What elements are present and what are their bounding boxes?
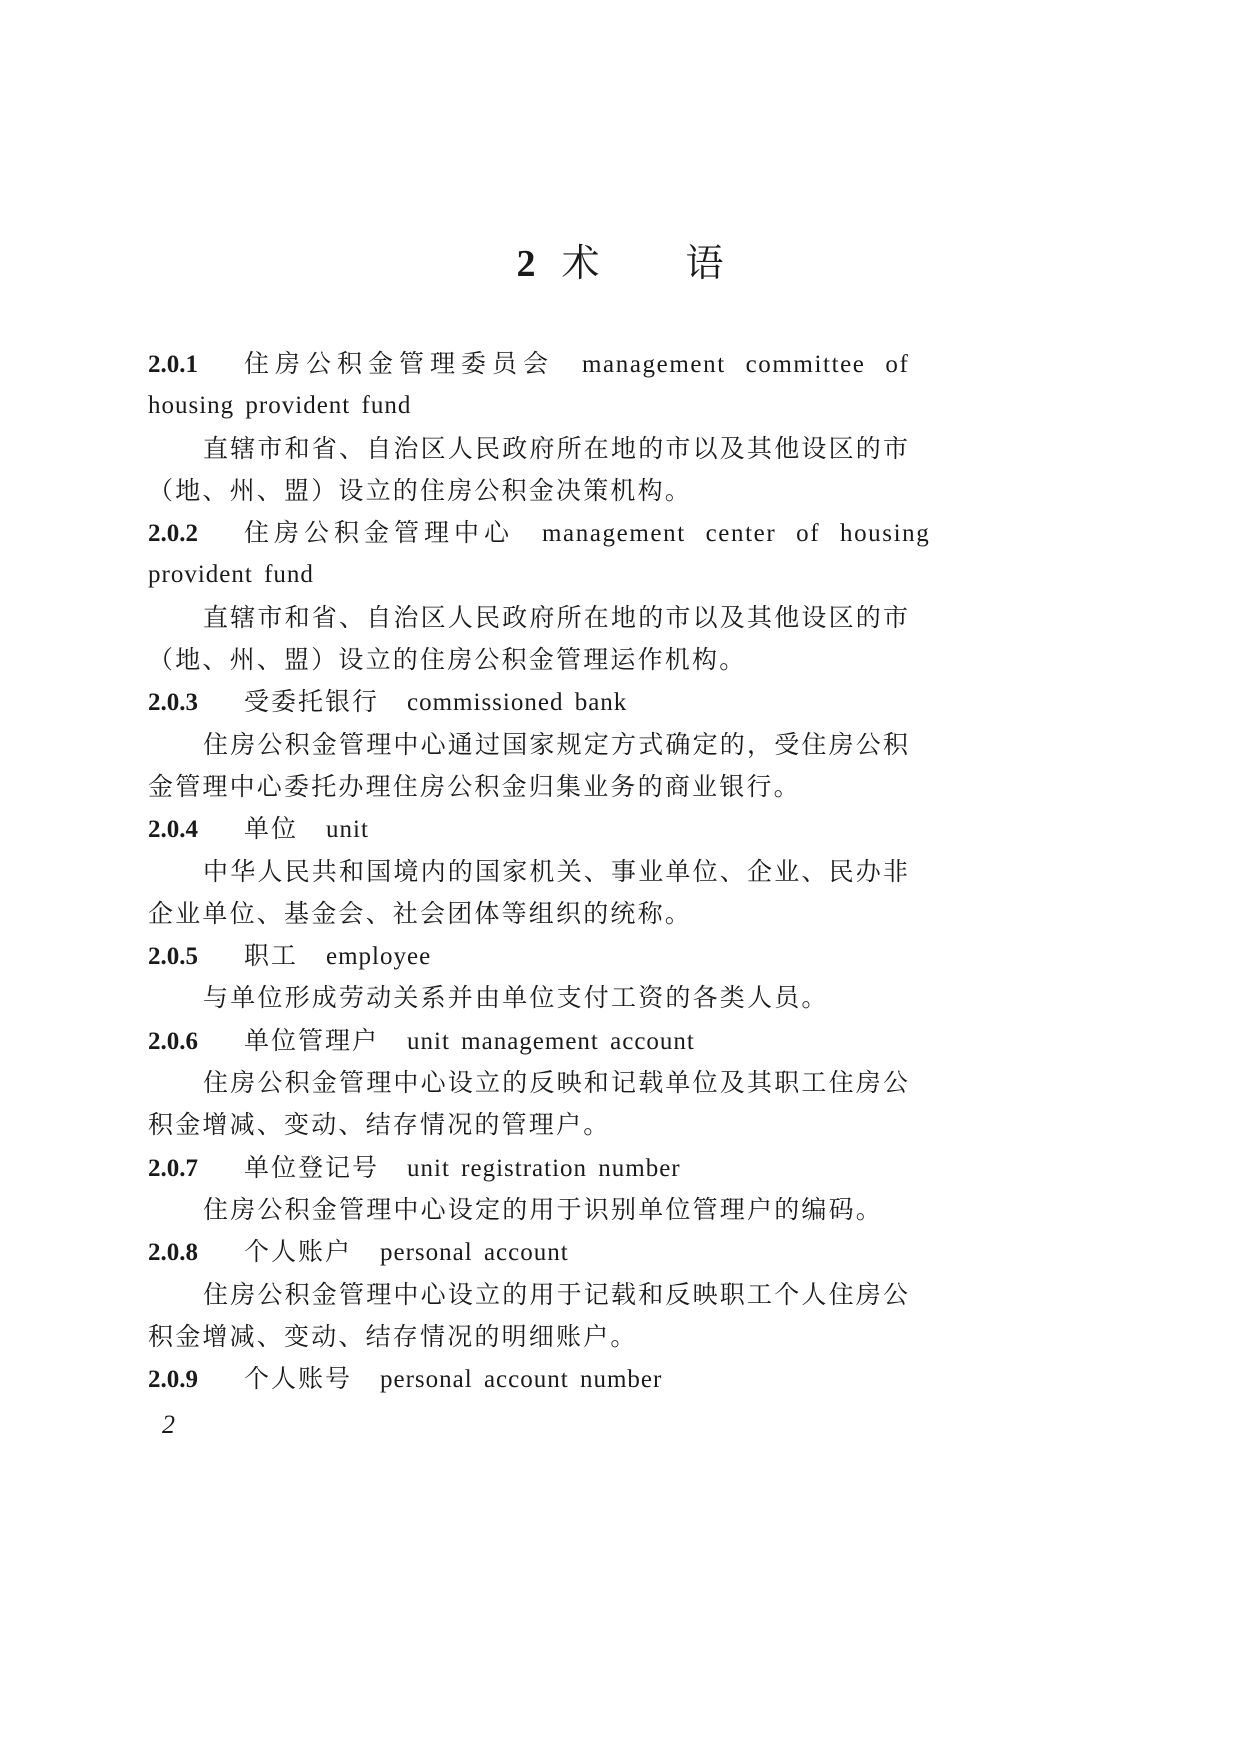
term-english: personal account number — [380, 1359, 662, 1401]
term-chinese: 单位管理户 — [244, 1020, 379, 1062]
term-chinese: 个人账号 — [244, 1358, 352, 1400]
term-definition: 直辖市和省、自治区人民政府所在地的市以及其他设区的市 — [148, 597, 938, 639]
terms-list: 2.0.1 住房公积金管理委员会 management committee of… — [148, 343, 938, 1400]
term-chinese: 职工 — [244, 935, 298, 977]
term-number: 2.0.4 — [148, 809, 244, 851]
chapter-title-char: 术 — [561, 238, 599, 288]
term-number: 2.0.6 — [148, 1021, 244, 1063]
term-heading: 2.0.4 单位 unit — [148, 808, 938, 850]
term-english: unit management account — [407, 1021, 695, 1063]
term-english-continued: provident fund — [148, 554, 938, 596]
term-english-continued: housing provident fund — [148, 385, 938, 427]
term-heading: 2.0.5 职工 employee — [148, 935, 938, 977]
term-definition: 住房公积金管理中心通过国家规定方式确定的，受住房公积 — [148, 724, 938, 766]
page-number: 2 — [162, 1410, 175, 1440]
term-english: commissioned bank — [407, 682, 627, 724]
term-number: 2.0.7 — [148, 1148, 244, 1190]
term-english: management center of housing — [542, 513, 930, 555]
term-definition: 积金增减、变动、结存情况的管理户。 — [148, 1104, 938, 1146]
term-english: management committee of — [582, 344, 909, 386]
chapter-title-char: 语 — [686, 238, 724, 288]
term-definition: 直辖市和省、自治区人民政府所在地的市以及其他设区的市 — [148, 428, 938, 470]
term-english: employee — [326, 936, 431, 978]
term-number: 2.0.2 — [148, 513, 244, 555]
term-definition: 住房公积金管理中心设立的用于记载和反映职工个人住房公 — [148, 1274, 938, 1316]
term-number: 2.0.3 — [148, 682, 244, 724]
term-heading: 2.0.9 个人账号 personal account number — [148, 1358, 938, 1400]
term-chinese: 个人账户 — [244, 1231, 352, 1273]
term-heading: 2.0.2 住房公积金管理中心 management center of hou… — [148, 512, 938, 554]
term-definition: 金管理中心委托办理住房公积金归集业务的商业银行。 — [148, 766, 938, 808]
term-heading: 2.0.1 住房公积金管理委员会 management committee of — [148, 343, 938, 385]
term-definition: 住房公积金管理中心设立的反映和记载单位及其职工住房公 — [148, 1062, 938, 1104]
term-english: personal account — [380, 1232, 569, 1274]
term-definition: 与单位形成劳动关系并由单位支付工资的各类人员。 — [148, 977, 938, 1019]
term-english: unit registration number — [407, 1148, 681, 1190]
chapter-title: 2术语 — [0, 238, 1240, 289]
term-definition: 企业单位、基金会、社会团体等组织的统称。 — [148, 893, 938, 935]
term-number: 2.0.9 — [148, 1359, 244, 1401]
term-number: 2.0.1 — [148, 344, 244, 386]
term-definition: （地、州、盟）设立的住房公积金管理运作机构。 — [148, 639, 938, 681]
term-definition: 中华人民共和国境内的国家机关、事业单位、企业、民办非 — [148, 851, 938, 893]
term-chinese: 单位登记号 — [244, 1147, 379, 1189]
term-heading: 2.0.7 单位登记号 unit registration number — [148, 1147, 938, 1189]
term-definition: 积金增减、变动、结存情况的明细账户。 — [148, 1316, 938, 1358]
term-heading: 2.0.6 单位管理户 unit management account — [148, 1020, 938, 1062]
document-page: 2术语 2.0.1 住房公积金管理委员会 management committe… — [0, 0, 1240, 1738]
term-heading: 2.0.8 个人账户 personal account — [148, 1231, 938, 1273]
term-chinese: 住房公积金管理中心 — [244, 512, 514, 554]
term-heading: 2.0.3 受委托银行 commissioned bank — [148, 681, 938, 723]
term-chinese: 单位 — [244, 808, 298, 850]
term-definition: （地、州、盟）设立的住房公积金决策机构。 — [148, 470, 938, 512]
term-chinese: 受委托银行 — [244, 681, 379, 723]
term-number: 2.0.8 — [148, 1232, 244, 1274]
term-english: unit — [326, 809, 369, 851]
term-number: 2.0.5 — [148, 936, 244, 978]
term-definition: 住房公积金管理中心设定的用于识别单位管理户的编码。 — [148, 1189, 938, 1231]
term-chinese: 住房公积金管理委员会 — [244, 343, 554, 385]
chapter-number: 2 — [516, 243, 535, 285]
